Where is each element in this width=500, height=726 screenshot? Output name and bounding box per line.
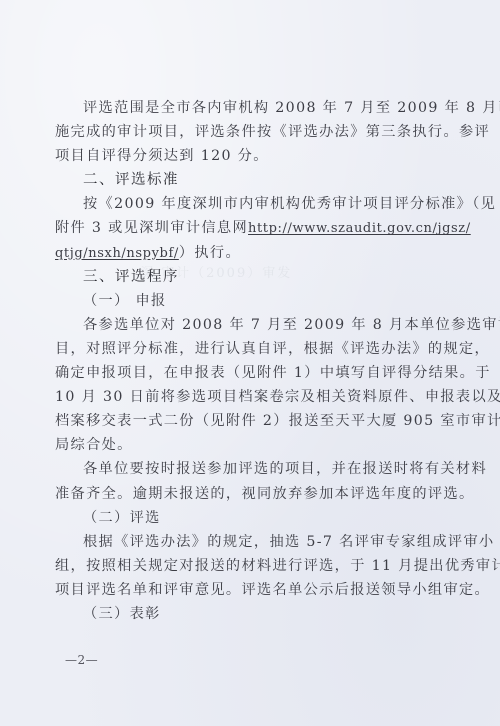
paragraph-line: 按《2009 年度深圳市内审机构优秀审计项目评分标准》（见 bbox=[55, 192, 445, 216]
section-heading-criteria: 二、评选标准 bbox=[55, 168, 445, 192]
page-number: —2— bbox=[65, 653, 98, 667]
paragraph-line: 项目评选名单和评审意见。评选名单公示后报送领导小组审定。 bbox=[55, 578, 445, 602]
document-body: 评选范围是全市各内审机构 2008 年 7 月至 2009 年 8 月已实 施完… bbox=[55, 96, 445, 626]
subsection-heading-commendation: （三）表彰 bbox=[55, 602, 445, 626]
paragraph-line: 各单位要按时报送参加评选的项目，并在报送时将有关材料 bbox=[55, 457, 445, 481]
paragraph-line: 组，按照相关规定对报送的材料进行评选，于 11 月提出优秀审计 bbox=[55, 554, 445, 578]
paragraph-line: 根据《评选办法》的规定，抽选 5-7 名评审专家组成评审小 bbox=[55, 530, 445, 554]
szaudit-link-part1[interactable]: http://www.szaudit.gov.cn/jgsz/ bbox=[248, 221, 471, 236]
paragraph-line: 档案移交表一式二份（见附件 2）报送至天平大厦 905 室市审计 bbox=[55, 409, 445, 433]
paragraph-line: 目，对照评分标准，进行认真自评，根据《评选办法》的规定， bbox=[55, 337, 445, 361]
subsection-heading-application: （一） 申报 bbox=[55, 289, 445, 313]
paragraph-line: 确定申报项目，在申报表（见附件 1）中填写自评得分结果。于 bbox=[55, 361, 445, 385]
paragraph-line: 施完成的审计项目，评选条件按《评选办法》第三条执行。参评 bbox=[55, 120, 445, 144]
paragraph-line: 10 月 30 日前将参选项目档案卷宗及相关资料原件、申报表以及 bbox=[55, 385, 445, 409]
paragraph-text: 附件 3 或见深圳审计信息网 bbox=[55, 220, 248, 236]
subsection-heading-selection: （二）评选 bbox=[55, 506, 445, 530]
section-heading-procedure: 三、评选程序 bbox=[55, 265, 445, 289]
szaudit-link-part2[interactable]: qtjg/nsxh/nspybf/ bbox=[55, 246, 179, 261]
paragraph-line: 局综合处。 bbox=[55, 433, 445, 457]
paragraph-line: 准备齐全。逾期未报送的，视同放弃参加本评选年度的评选。 bbox=[55, 482, 445, 506]
paragraph-line: 附件 3 或见深圳审计信息网http://www.szaudit.gov.cn/… bbox=[55, 216, 445, 240]
scanned-document-page: 深 审计（2009）审发 评选范围是全市各内审机构 2008 年 7 月至 20… bbox=[0, 0, 500, 726]
paragraph-line: 评选范围是全市各内审机构 2008 年 7 月至 2009 年 8 月已实 bbox=[55, 96, 445, 120]
paragraph-line: 各参选单位对 2008 年 7 月至 2009 年 8 月本单位参选审计项 bbox=[55, 313, 445, 337]
paragraph-text: ）执行。 bbox=[179, 245, 241, 261]
paragraph-line: qtjg/nsxh/nspybf/）执行。 bbox=[55, 241, 445, 265]
paragraph-line: 项目自评得分须达到 120 分。 bbox=[55, 144, 445, 168]
